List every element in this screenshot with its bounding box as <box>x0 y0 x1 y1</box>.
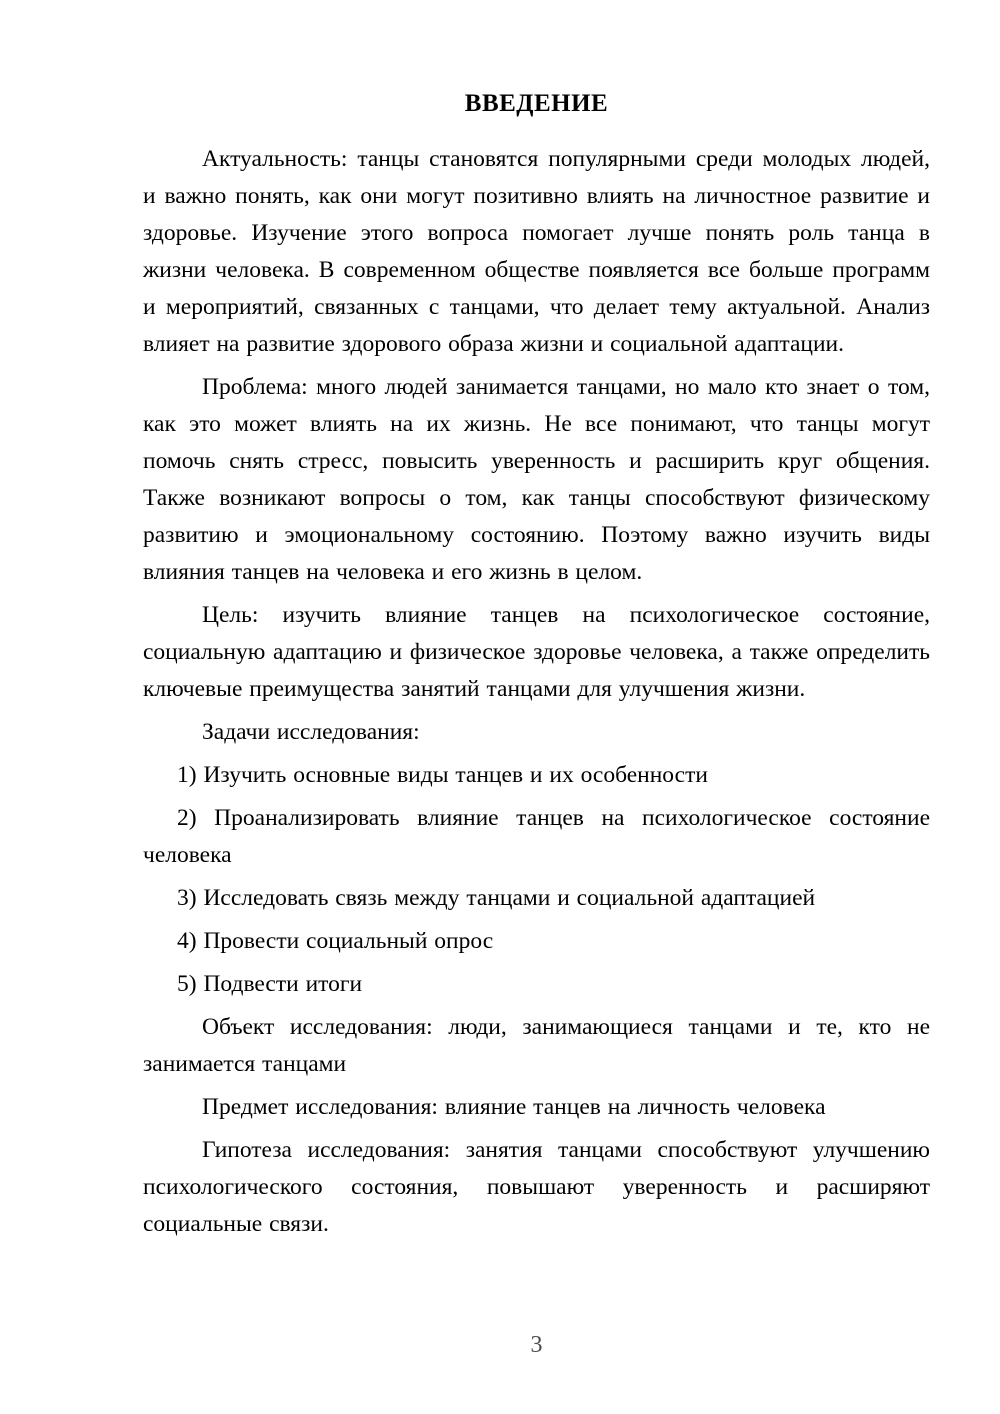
tasks-heading: Задачи исследования: <box>143 714 930 751</box>
paragraph-research-object: Объект исследования: люди, занимающиеся … <box>143 1009 930 1083</box>
task-item-1: 1) Изучить основные виды танцев и их осо… <box>143 757 930 794</box>
document-page: ВВЕДЕНИЕ Актуальность: танцы становятся … <box>0 0 1000 1414</box>
task-item-2: 2) Проанализировать влияние танцев на пс… <box>143 800 930 874</box>
task-item-4: 4) Провести социальный опрос <box>143 923 930 960</box>
page-content: ВВЕДЕНИЕ Актуальность: танцы становятся … <box>143 88 930 1249</box>
task-item-3: 3) Исследовать связь между танцами и соц… <box>143 880 930 917</box>
paragraph-actuality: Актуальность: танцы становятся популярны… <box>143 141 930 363</box>
paragraph-goal: Цель: изучить влияние танцев на психолог… <box>143 597 930 708</box>
paragraph-hypothesis: Гипотеза исследования: занятия танцами с… <box>143 1132 930 1243</box>
page-number: 3 <box>143 1330 930 1360</box>
paragraph-problem: Проблема: много людей занимается танцами… <box>143 369 930 591</box>
paragraph-research-subject: Предмет исследования: влияние танцев на … <box>143 1089 930 1126</box>
page-title: ВВЕДЕНИЕ <box>143 88 930 119</box>
task-item-5: 5) Подвести итоги <box>143 966 930 1003</box>
